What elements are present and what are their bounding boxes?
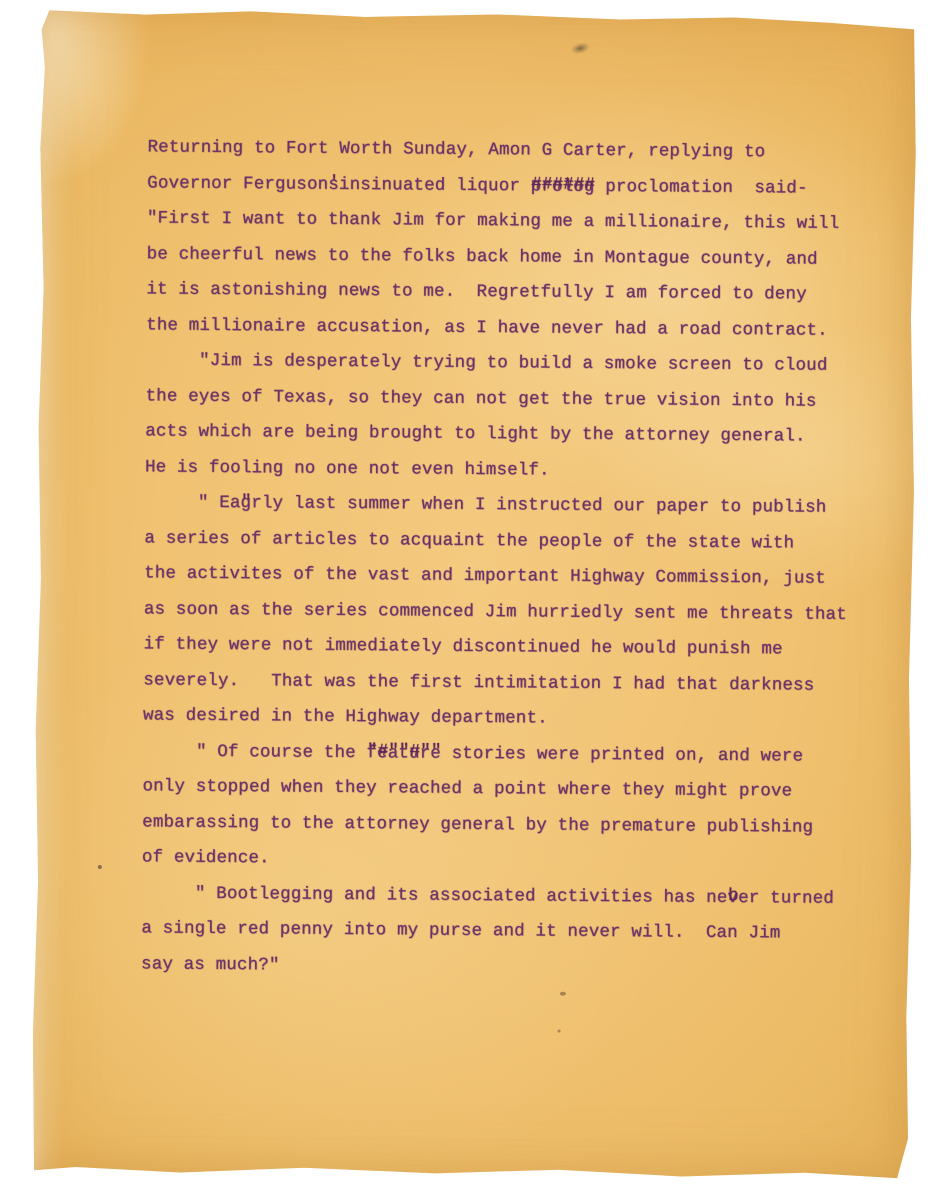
typewritten-line: the eyes of Texas, so they can not get t…: [145, 379, 885, 420]
typewritten-line: " Bootlegging and its associated activit…: [141, 876, 881, 917]
scan-background: Returning to Fort Worth Sunday, Amon G C…: [0, 0, 940, 1200]
overstrike-text: prolog######: [531, 169, 595, 205]
paper-sheet: Returning to Fort Worth Sunday, Amon G C…: [31, 9, 918, 1180]
typewritten-line: as soon as the series commenced Jim hurr…: [144, 592, 884, 633]
typewritten-line: acts which are being brought to light by…: [145, 414, 885, 455]
typewritten-line: " Eag"rly last summer when I instructed …: [145, 485, 885, 526]
typewritten-text: Returning to Fort Worth Sunday, Amon G C…: [141, 130, 888, 988]
typewritten-line: severely. That was the first intimitatio…: [143, 663, 883, 704]
typewritten-line: the millionaire accusation, as I have ne…: [146, 308, 886, 349]
paper-speck: [560, 992, 566, 996]
typewritten-line: be cheerful news to the folks back home …: [147, 237, 887, 278]
typewritten-line: was desired in the Highway department.: [143, 698, 883, 739]
typewritten-line: "First I want to thank Jim for making me…: [147, 201, 887, 242]
overstrike-text: vb: [727, 880, 738, 916]
typewritten-line: the activites of the vast and important …: [144, 556, 884, 597]
typewritten-line: "Jim is desperately trying to build a sm…: [146, 343, 886, 384]
overstrike-text: s': [328, 167, 339, 203]
typewritten-line: only stopped when they reached a point w…: [142, 769, 882, 810]
typewritten-line: Returning to Fort Worth Sunday, Amon G C…: [147, 130, 887, 171]
paper-speck: [558, 1030, 561, 1033]
typewritten-line: it is astonishing news to me. Regretfull…: [146, 272, 886, 313]
typewritten-line: a single red penny into my purse and it …: [141, 911, 881, 952]
typewritten-line: embarassing to the attorney general by t…: [142, 805, 882, 846]
typewritten-line: a series of articles to acquaint the peo…: [144, 521, 884, 562]
typewritten-line: if they were not immediately discontinue…: [143, 627, 883, 668]
typewritten-line: " Of course the feature"#""#"" stories w…: [143, 734, 883, 775]
typewritten-line: of evidence.: [142, 840, 882, 881]
overstrike-text: feature"#""#"": [366, 736, 441, 772]
typewritten-line: Governor Fergusons'insinuated liquor pro…: [147, 166, 887, 207]
ink-smudge: [569, 41, 591, 56]
paper-speck: [98, 865, 102, 869]
typewritten-line: say as much?": [141, 947, 881, 988]
typewritten-line: He is fooling no one not even himself.: [145, 450, 885, 491]
overstrike-text: g": [240, 486, 251, 522]
